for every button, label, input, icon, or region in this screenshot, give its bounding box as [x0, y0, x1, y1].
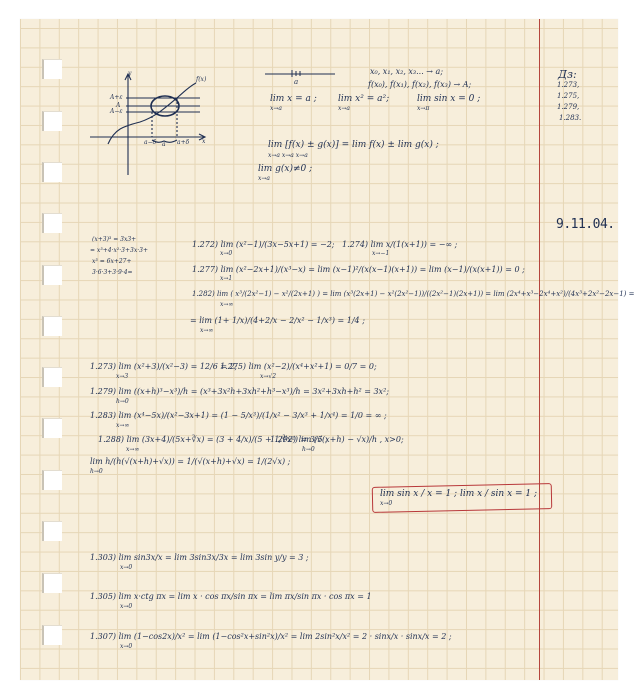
problem-1-272: 1.272) lim (x²−1)/(3x−5x+1) = −2; — [192, 241, 335, 249]
problem-1-307: 1.307) lim (1−cos2x)/x² = lim (1−cos²x+s… — [90, 633, 452, 641]
problem-1-303: 1.303) lim sin3x/x = lim 3sin3x/3x = lim… — [90, 554, 309, 562]
side-calc-line: 3·6·3+3·9·4= — [92, 270, 133, 276]
problem-1-288-sub: x→∞ — [126, 447, 139, 453]
side-calc-line: = x³+4·x²·3+3x·3+ — [90, 248, 148, 254]
problem-1-292: 1.292) lim (√(x+h) − √x)/h , x>0; — [270, 436, 404, 444]
lim-sin-x-sub: x→π — [417, 106, 429, 112]
problem-1-273-sub: x→3 — [116, 374, 128, 380]
lim-sin-x: lim sin x = 0 ; — [417, 95, 480, 104]
homework-item: 1.273, — [557, 82, 579, 89]
homework-item: 1.279, — [557, 104, 579, 111]
limit-sum-rule: lim [f(x) ± g(x)] = lim f(x) ± lim g(x) … — [268, 141, 439, 150]
problem-1-282-cont: = lim (1+ 1/x)/(4+2/x − 2/x² − 1/x³) = 1… — [190, 317, 365, 325]
problem-1-273: 1.273) lim (x²+3)/(x²−3) = 12/6 = 2; — [90, 363, 237, 371]
number-line — [20, 19, 618, 680]
remarkable-limits-sub: x→0 — [380, 501, 392, 507]
problem-1-292-cont-sub: h→0 — [90, 469, 103, 475]
problem-1-292-cont: lim h/(h(√(x+h)+√x)) = 1/(√(x+h)+√x) = 1… — [90, 458, 290, 466]
problem-1-283: 1.283) lim (x⁴−5x)/(x²−3x+1) = (1 − 5/x³… — [90, 412, 387, 420]
problem-1-274: 1.274) lim x/(1(x+1)) = −∞ ; — [342, 241, 457, 249]
problem-1-282: 1.282) lim ( x³/(2x²−1) − x²/(2x+1) ) = … — [192, 291, 635, 298]
limit-nonzero-condition: lim g(x)≠0 ; — [258, 165, 312, 174]
sequence-f: f(x₀), f(x₁), f(x₂), f(x₃) → A; — [368, 81, 471, 89]
limit-sum-rule-sub: x→a x→a x→a — [268, 153, 308, 159]
number-line-label: a — [294, 79, 298, 86]
problem-1-279-sub: h→0 — [116, 399, 129, 405]
problem-1-282-cont-sub: x→∞ — [200, 328, 213, 334]
lim-x-squared: lim x² = a²; — [338, 95, 389, 104]
problem-1-272-sub: x→0 — [220, 251, 232, 257]
problem-1-307-sub: x→0 — [120, 644, 132, 650]
homework-item: 1.283. — [559, 115, 581, 122]
problem-1-305: 1.305) lim x·ctg πx = lim x · cos πx/sin… — [90, 593, 372, 601]
problem-1-277-sub: x→1 — [220, 276, 232, 282]
homework-item: 1.275, — [557, 93, 579, 100]
problem-1-275-sub: x→√2 — [260, 374, 276, 380]
notebook-page: y x f(x) A+ε A A−ε a−δ a a+δ a x₀, x₁, x… — [20, 19, 618, 680]
problem-1-292-sub: h→0 — [302, 447, 315, 453]
date-label: 9.11.04. — [556, 218, 615, 231]
homework-label: Дз: — [558, 69, 577, 80]
side-calc-line: (x+3)³ = 3x3+ — [92, 237, 136, 243]
problem-1-305-sub: x→0 — [120, 604, 132, 610]
problem-1-277: 1.277) lim (x²−2x+1)/(x³−x) = lim (x−1)²… — [192, 266, 525, 274]
lim-x-squared-sub: x→a — [338, 106, 350, 112]
problem-1-303-sub: x→0 — [120, 565, 132, 571]
problem-1-274-sub: x→−1 — [372, 251, 389, 257]
lim-x-eq-a-sub: x→a — [270, 106, 282, 112]
limit-nonzero-condition-sub: x→a — [258, 176, 270, 182]
side-calc-line: x³ = 6x+27+ — [92, 259, 132, 265]
problem-1-275: 1.275) lim (x²−2)/(x⁴+x²+1) = 0/7 = 0; — [220, 363, 377, 371]
remarkable-limits: lim sin x / x = 1 ; lim x / sin x = 1 ; — [380, 490, 537, 499]
sequence-x: x₀, x₁, x₂, x₃... → a; — [370, 68, 443, 76]
lim-x-eq-a: lim x = a ; — [270, 95, 317, 104]
problem-1-279: 1.279) lim ((x+h)³−x³)/h = (x³+3x²h+3xh²… — [90, 388, 389, 396]
problem-1-282-sub: x→∞ — [220, 302, 233, 308]
problem-1-283-sub: x→∞ — [116, 423, 129, 429]
